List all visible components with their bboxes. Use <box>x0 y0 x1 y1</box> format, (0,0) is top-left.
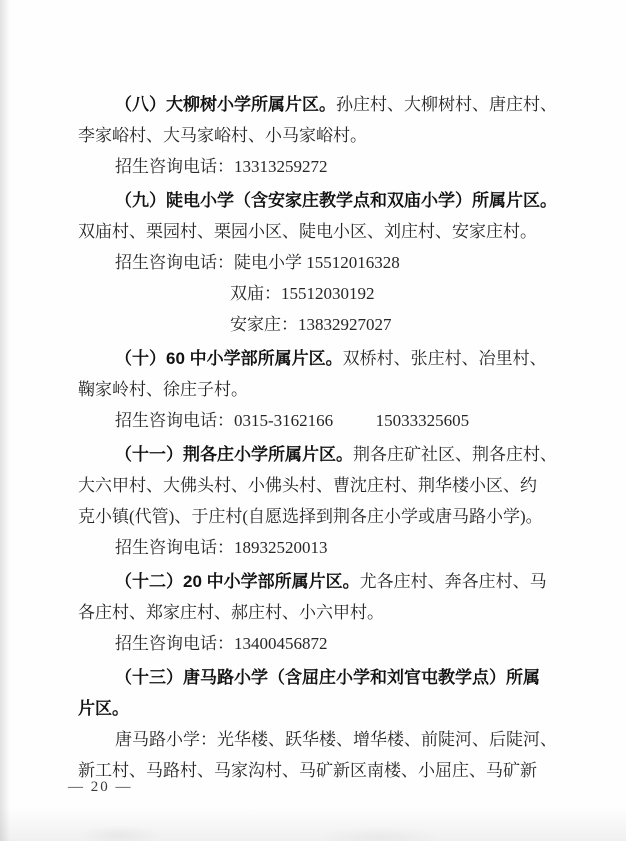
line-text: 孙庄村、大柳树村、唐庄村、 <box>336 95 557 114</box>
phone-line: 招生咨询电话：13313259272 <box>78 151 570 182</box>
text-line: 唐马路小学：光华楼、跃华楼、增华楼、前陡河、后陡河、 <box>78 724 570 755</box>
section-heading: （十）60 中小学部所属片区。 <box>115 349 343 368</box>
scan-shadow-left <box>0 0 10 841</box>
line-text: 尤各庄村、奔各庄村、马 <box>360 572 547 591</box>
line-text: 李家峪村、大马家峪村、小马家峪村。 <box>78 126 367 145</box>
text-line: 大六甲村、大佛头村、小佛头村、曹沈庄村、荆华楼小区、约 <box>78 470 570 501</box>
section-line: （十一）荆各庄小学所属片区。荆各庄矿社区、荆各庄村、 <box>78 439 570 470</box>
text-line: 李家峪村、大马家峪村、小马家峪村。 <box>78 120 570 151</box>
section-line: （十）60 中小学部所属片区。双桥村、张庄村、冶里村、 <box>78 343 570 374</box>
phone-line: 招生咨询电话：13400456872 <box>78 628 570 659</box>
line-text: 招生咨询电话：13400456872 <box>115 634 328 653</box>
line-text: 唐马路小学：光华楼、跃华楼、增华楼、前陡河、后陡河、 <box>115 730 557 749</box>
scan-shadow-bottom <box>0 807 626 841</box>
section-line: （九）陡电小学（含安家庄教学点和双庙小学）所属片区。 <box>78 185 570 216</box>
phone-line: 安家庄：13832927027 <box>78 309 570 340</box>
line-text: 各庄村、郑家庄村、郝庄村、小六甲村。 <box>78 603 384 622</box>
section-line: （十二）20 中小学部所属片区。尤各庄村、奔各庄村、马 <box>78 566 570 597</box>
section-heading: （十二）20 中小学部所属片区。 <box>115 572 360 591</box>
document-page: （八）大柳树小学所属片区。孙庄村、大柳树村、唐庄村、 李家峪村、大马家峪村、小马… <box>0 0 626 841</box>
section-heading: （十三）唐马路小学（含屈庄小学和刘官屯教学点）所属 <box>115 668 540 687</box>
text-line: 双庙村、栗园村、栗园小区、陡电小区、刘庄村、安家庄村。 <box>78 216 570 247</box>
line-text: 招生咨询电话：18932520013 <box>115 538 328 557</box>
line-text: 克小镇(代管)、于庄村(自愿选择到荆各庄小学或唐马路小学)。 <box>78 507 543 526</box>
line-text: 安家庄：13832927027 <box>230 315 392 334</box>
phone-line: 招生咨询电话：0315-3162166 15033325605 <box>78 405 570 436</box>
line-text: 双庙村、栗园村、栗园小区、陡电小区、刘庄村、安家庄村。 <box>78 222 537 241</box>
line-text: 双桥村、张庄村、冶里村、 <box>343 349 547 368</box>
text-line: 鞠家岭村、徐庄子村。 <box>78 374 570 405</box>
section-line: （八）大柳树小学所属片区。孙庄村、大柳树村、唐庄村、 <box>78 89 570 120</box>
section-heading: （九）陡电小学（含安家庄教学点和双庙小学）所属片区。 <box>115 191 557 210</box>
text-line: 各庄村、郑家庄村、郝庄村、小六甲村。 <box>78 597 570 628</box>
phone-line: 招生咨询电话：18932520013 <box>78 532 570 563</box>
line-text: 双庙：15512030192 <box>230 284 375 303</box>
line-text: 鞠家岭村、徐庄子村。 <box>78 380 248 399</box>
text-line: 克小镇(代管)、于庄村(自愿选择到荆各庄小学或唐马路小学)。 <box>78 501 570 532</box>
line-text: 新工村、马路村、马家沟村、马矿新区南楼、小屈庄、马矿新 <box>78 761 537 780</box>
section-line: 片区。 <box>78 693 570 724</box>
document-body: （八）大柳树小学所属片区。孙庄村、大柳树村、唐庄村、 李家峪村、大马家峪村、小马… <box>78 89 570 786</box>
line-text: 荆各庄矿社区、荆各庄村、 <box>353 445 557 464</box>
section-heading: 片区。 <box>78 699 129 718</box>
line-text: 招生咨询电话：陡电小学 15512016328 <box>115 253 400 272</box>
line-text: 招生咨询电话：0315-3162166 15033325605 <box>115 411 469 430</box>
line-text: 招生咨询电话：13313259272 <box>115 157 328 176</box>
section-heading: （十一）荆各庄小学所属片区。 <box>115 445 353 464</box>
section-line: （十三）唐马路小学（含屈庄小学和刘官屯教学点）所属 <box>78 662 570 693</box>
page-number: — 20 — <box>68 779 133 796</box>
phone-line: 双庙：15512030192 <box>78 278 570 309</box>
phone-line: 招生咨询电话：陡电小学 15512016328 <box>78 247 570 278</box>
section-heading: （八）大柳树小学所属片区。 <box>115 95 336 114</box>
text-line: 新工村、马路村、马家沟村、马矿新区南楼、小屈庄、马矿新 <box>78 755 570 786</box>
line-text: 大六甲村、大佛头村、小佛头村、曹沈庄村、荆华楼小区、约 <box>78 476 537 495</box>
